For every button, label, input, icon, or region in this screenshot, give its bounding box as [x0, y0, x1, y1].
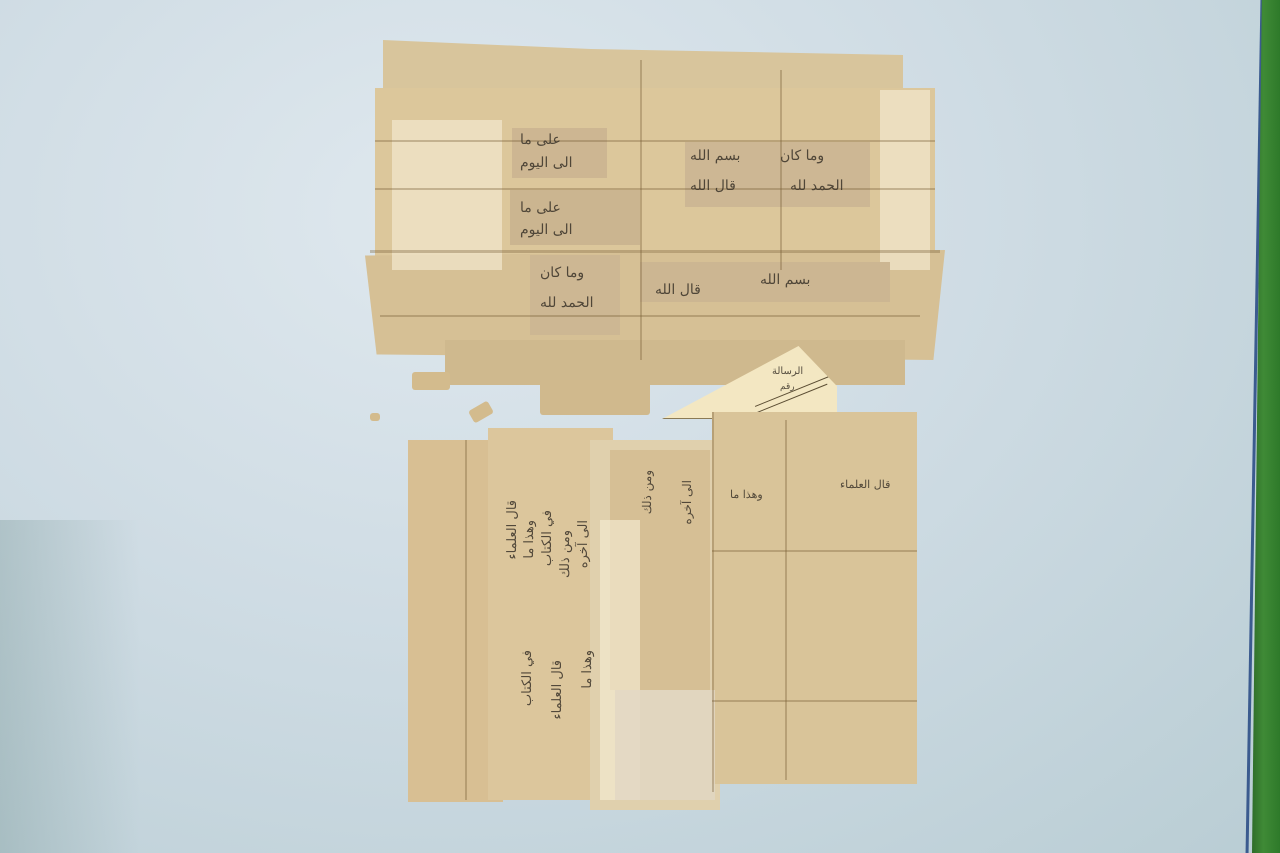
card-text: ﺍﻟﺮﺳﺎﻟﺔ: [772, 366, 803, 377]
lower-text-line: ﻓﻲ ﺍﻟﻜﺘﺎﺏ: [540, 510, 555, 566]
card-text: ﺭﻗﻢ: [780, 382, 795, 392]
upper-text-line: ﻗﺎﻝ ﺍﻟﻠﻪ: [655, 282, 701, 298]
upper-text-line: ﺑﺴﻢ ﺍﻟﻠﻪ: [760, 272, 810, 288]
paper-fragment: [370, 413, 380, 421]
upper-text-line: ﺍﻟﺤﻤﺪ ﻟﻠﻪ: [540, 295, 594, 311]
lower-text-line: ﻭﻣﻦ ﺫﻟﻚ: [558, 530, 573, 578]
paper-fragment: [540, 380, 650, 415]
upper-text-line: ﺑﺴﻢ ﺍﻟﻠﻪ: [690, 148, 740, 164]
lower-text-line: ﻭﻫﺬﺍ ﻣﺎ: [522, 520, 537, 559]
lower-text-line: ﺍﻟﻰ ﺁﺧﺮﻩ: [680, 480, 694, 524]
upper-text-line: ﺍﻟﻰ ﺍﻟﻴﻮﻡ: [520, 155, 573, 171]
lower-text-line: ﺍﻟﻰ ﺁﺧﺮﻩ: [576, 520, 591, 568]
upper-text-line: ﺍﻟﺤﻤﺪ ﻟﻠﻪ: [790, 178, 844, 194]
cloth-shadow: [0, 520, 140, 853]
upper-text-line: ﻋﻠﻰ ﻣﺎ: [520, 200, 561, 216]
upper-text-line: ﻭﻣﺎ ﻛﺎﻥ: [780, 148, 824, 164]
lower-text-line: ﻗﺎﻝ ﺍﻟﻌﻠﻤﺎﺀ: [550, 660, 565, 720]
lower-text-line: ﻭﻣﻦ ﺫﻟﻚ: [640, 470, 654, 514]
lower-text-line: ﻗﺎﻝ ﺍﻟﻌﻠﻤﺎﺀ: [840, 478, 890, 491]
upper-text-line: ﺍﻟﻰ ﺍﻟﻴﻮﻡ: [520, 222, 573, 238]
lower-text-line: ﻗﺎﻝ ﺍﻟﻌﻠﻤﺎﺀ: [505, 500, 520, 560]
lower-text-line: ﻭﻫﺬﺍ ﻣﺎ: [580, 650, 595, 689]
lower-text-line: ﻭﻫﺬﺍ ﻣﺎ: [730, 488, 763, 501]
upper-text-line: ﻭﻣﺎ ﻛﺎﻥ: [540, 265, 584, 281]
lower-text-line: ﻓﻲ ﺍﻟﻜﺘﺎﺏ: [520, 650, 535, 706]
upper-text-line: ﻋﻠﻰ ﻣﺎ: [520, 132, 561, 148]
upper-text-line: ﻗﺎﻝ ﺍﻟﻠﻪ: [690, 178, 736, 194]
paper-fragment: [412, 372, 450, 390]
